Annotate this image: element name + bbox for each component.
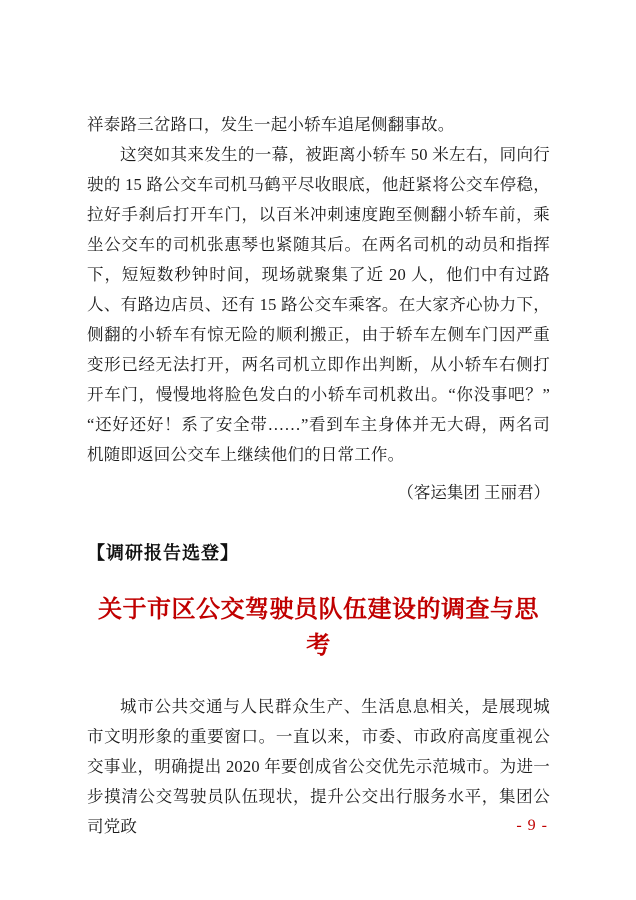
article1-paragraph-rescue-story: 这突如其来发生的一幕，被距离小轿车 50 米左右，同向行驶的 15 路公交车司机…: [87, 140, 550, 470]
page-number: - 9 -: [516, 814, 548, 838]
page-content: 祥泰路三岔路口，发生一起小轿车追尾侧翻事故。 这突如其来发生的一幕，被距离小轿车…: [0, 0, 636, 842]
section-header-research-report: 【调研报告选登】: [87, 538, 550, 568]
document-page: 祥泰路三岔路口，发生一起小轿车追尾侧翻事故。 这突如其来发生的一幕，被距离小轿车…: [0, 0, 636, 900]
article2-title: 关于市区公交驾驶员队伍建设的调查与思考: [87, 592, 550, 664]
article1-byline: （客运集团 王丽君）: [87, 478, 550, 508]
article1-paragraph-continuation: 祥泰路三岔路口，发生一起小轿车追尾侧翻事故。: [87, 110, 550, 140]
article2-paragraph-intro: 城市公共交通与人民群众生产、生活息息相关，是展现城市文明形象的重要窗口。一直以来…: [87, 692, 550, 842]
